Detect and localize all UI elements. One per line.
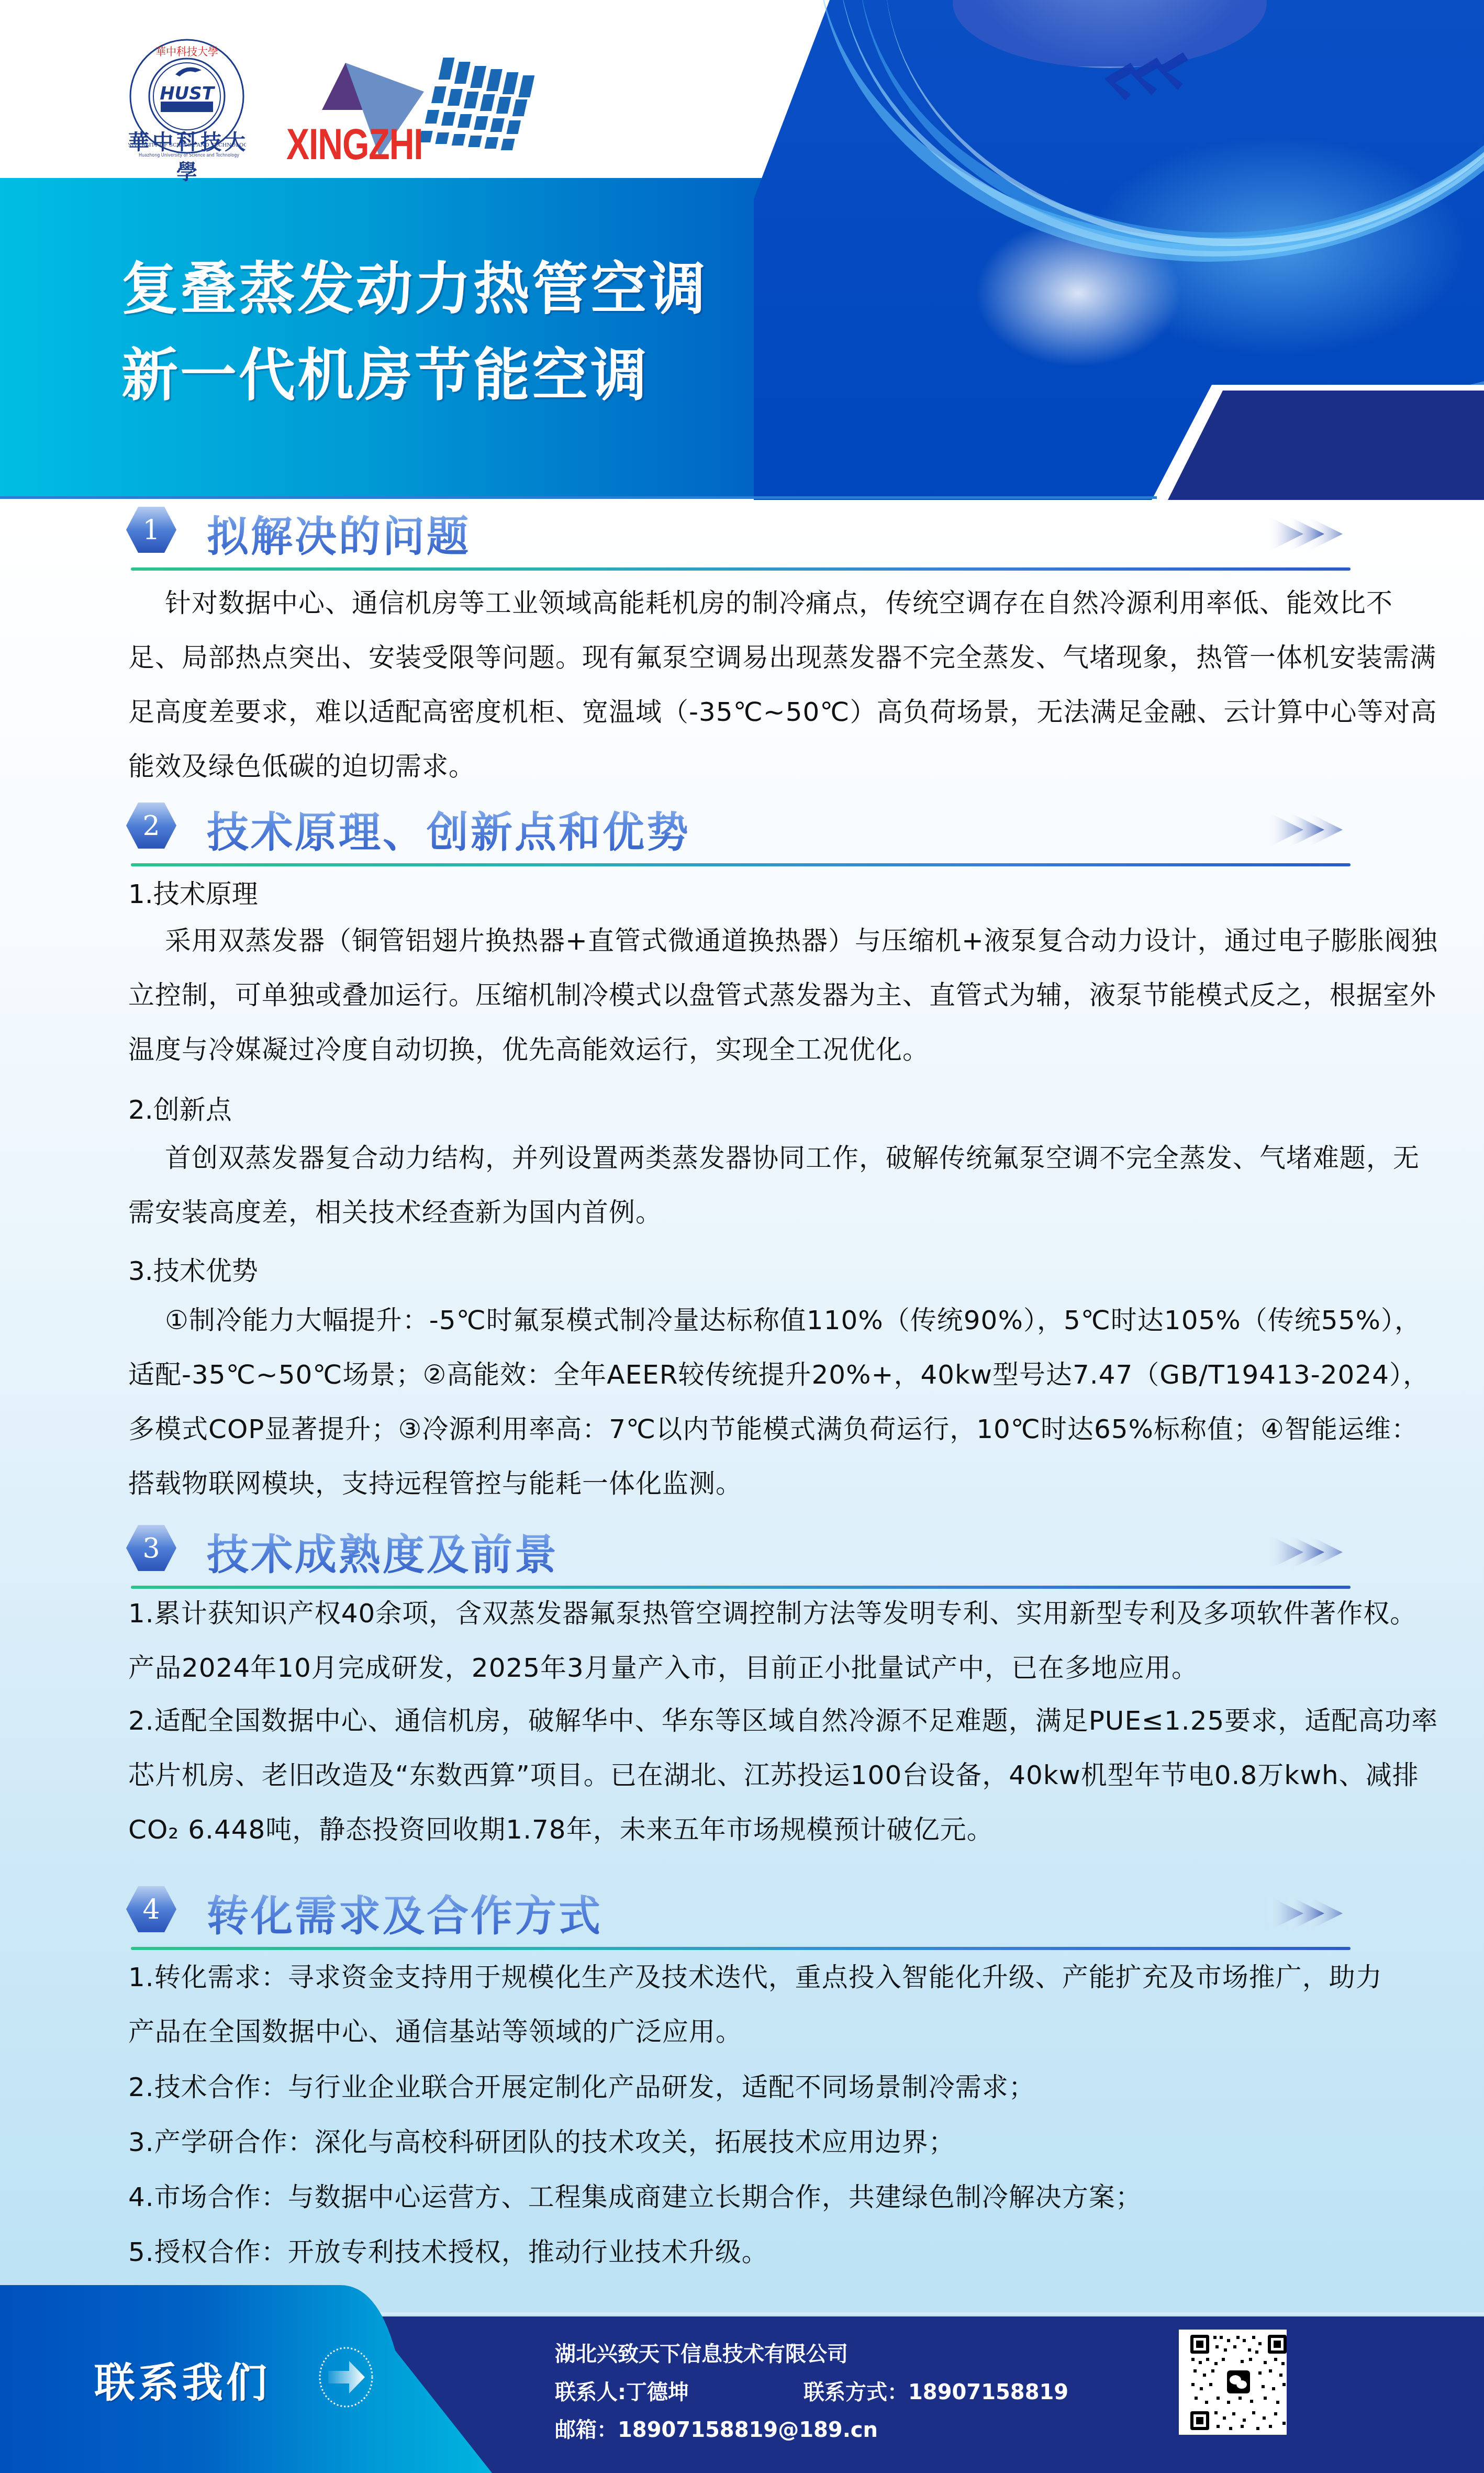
hexagon-number-badge-icon: 3	[126, 1524, 177, 1572]
section1-paragraph: 针对数据中心、通信机房等工业领域高能耗机房的制冷痛点，传统空调存在自然冷源利用率…	[128, 576, 1442, 794]
wechat-qr-code-icon	[1179, 2330, 1287, 2435]
contact-person: 联系人:丁德坤	[555, 2376, 689, 2405]
section3-item: 2.适配全国数据中心、通信机房，破解华中、华东等区域自然冷源不足难题，满足PUE…	[128, 1694, 1442, 1857]
section-heading-2: 2 技术原理、创新点和优势	[126, 798, 1351, 856]
xingzhi-wordmark: XINGZHI	[286, 119, 423, 169]
hexagon-number-badge-icon: 4	[126, 1885, 177, 1933]
svg-text:2: 2	[142, 810, 160, 842]
svg-text:3: 3	[142, 1533, 160, 1564]
triple-chevron-icon	[1099, 42, 1225, 115]
arrow-right-circle-icon[interactable]	[317, 2345, 375, 2409]
section3-item: 1.累计获知识产权40余项，含双蒸发器氟泵热管空调控制方法等发明专利、实用新型专…	[128, 1586, 1442, 1695]
contact-footer: 联系我们 湖北兴致天下信息技术有限公司 联系人:丁德坤 联系方式：1890715…	[0, 2262, 1484, 2473]
section-heading-1: 1 拟解决的问题	[126, 503, 1351, 560]
section4-item: 3.产学研合作：深化与高校科研团队的技术攻关，拓展技术应用边界；	[128, 2115, 1442, 2169]
contact-us-title: 联系我们	[94, 2351, 270, 2409]
section-heading-4: 4 转化需求及合作方式	[126, 1882, 1351, 1940]
double-chevron-icon	[1256, 1892, 1351, 1934]
section-title: 拟解决的问题	[207, 503, 471, 563]
svg-text:4: 4	[142, 1894, 160, 1925]
hust-seal-text: HUST	[160, 83, 216, 104]
section-heading-3: 3 技术成熟度及前景	[126, 1521, 1351, 1578]
hust-name-en: Huazhong University of Science and Techn…	[129, 153, 249, 158]
section-divider	[131, 567, 1351, 571]
svg-text:華中科技大學: 華中科技大學	[155, 46, 218, 58]
subsection-heading: 2.创新点	[128, 1089, 232, 1127]
main-title-line2: 新一代机房节能空调	[121, 330, 649, 411]
section-title: 技术成熟度及前景	[207, 1521, 559, 1581]
section4-item: 4.市场合作：与数据中心运营方、工程集成商建立长期合作，共建绿色制冷解决方案；	[128, 2170, 1442, 2224]
double-chevron-icon	[1256, 513, 1351, 555]
section4-item: 2.技术合作：与行业企业联合开展定制化产品研发，适配不同场景制冷需求；	[128, 2060, 1442, 2114]
subsection-text: 采用双蒸发器（铜管铝翅片换热器+直管式微通道换热器）与压缩机+液泵复合动力设计，…	[128, 914, 1442, 1077]
title-band-bottom-line	[0, 496, 1157, 499]
subsection-text: ①制冷能力大幅提升：-5℃时氟泵模式制冷量达标称值110%（传统90%），5℃时…	[128, 1293, 1442, 1511]
subsection-text: 首创双蒸发器复合动力结构，并列设置两类蒸发器协同工作，破解传统氟泵空调不完全蒸发…	[128, 1131, 1442, 1240]
hexagon-number-badge-icon: 1	[126, 506, 177, 554]
section-title: 技术原理、创新点和优势	[207, 798, 690, 859]
subsection-heading: 1.技术原理	[128, 873, 258, 911]
company-name: 湖北兴致天下信息技术有限公司	[555, 2337, 848, 2367]
section-title: 转化需求及合作方式	[207, 1882, 602, 1942]
poster-header: HUST 華中科技大學 UNIVERSITY OF SCIENCE AND TE…	[0, 0, 1484, 500]
section-divider	[131, 863, 1351, 866]
svg-text:1: 1	[142, 515, 160, 546]
double-chevron-icon	[1256, 809, 1351, 851]
section4-item: 1.转化需求：寻求资金支持用于规模化生产及技术迭代，重点投入智能化升级、产能扩充…	[128, 1950, 1385, 2059]
contact-phone: 联系方式：18907158819	[804, 2376, 1068, 2405]
subsection-heading: 3.技术优势	[128, 1250, 258, 1288]
double-chevron-icon	[1256, 1531, 1351, 1573]
contact-email[interactable]: 邮箱：18907158819@189.cn	[555, 2413, 878, 2443]
hexagon-number-badge-icon: 2	[126, 801, 177, 850]
main-title-line1: 复叠蒸发动力热管空调	[121, 243, 708, 325]
